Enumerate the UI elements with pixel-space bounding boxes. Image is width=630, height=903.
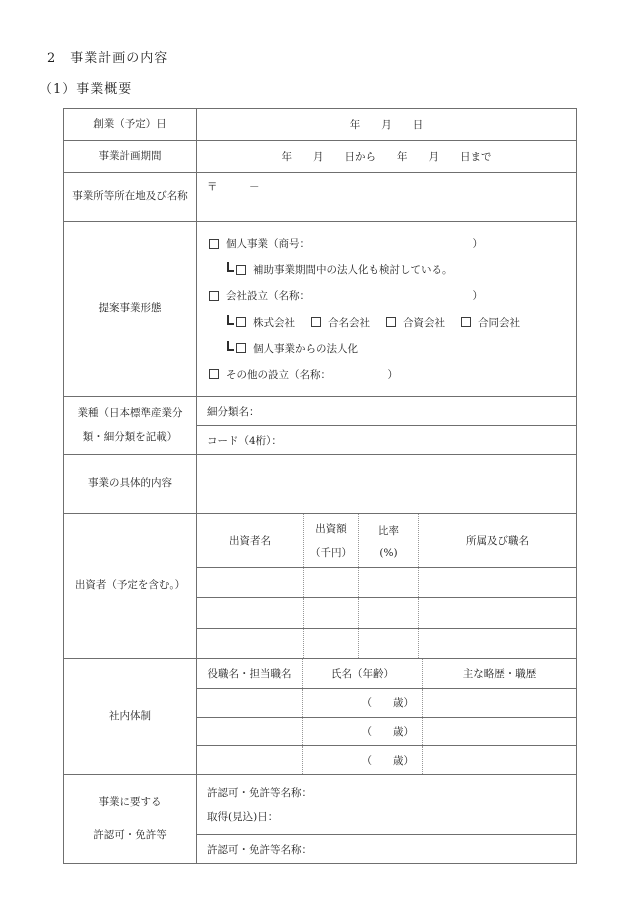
subsection-title: （1）事業概要: [39, 78, 132, 97]
row-licenses: 事業に要する 許認可・免許等 許認可・免許等名称： 取得(見込)日： 許認可・免…: [64, 774, 576, 863]
staff-age-placeholder: （ 歳）: [303, 689, 423, 717]
staff-col-history: 主な略歴・職歴: [423, 659, 576, 688]
staff-col-name: 氏名（年齢）: [303, 659, 423, 688]
office-location-value: 〒 －: [197, 173, 576, 221]
license-entry-2: 許認可・免許等名称：: [197, 834, 576, 863]
row-business-form: 提案事業形態 個人事業（商号： ） 補助事業期間中の法人化も検討している。 会社…: [64, 221, 576, 396]
industry-subclass-field: 細分類名：: [197, 397, 576, 425]
plan-period-value: 年 月 日から 年 月 日まで: [197, 141, 576, 172]
plan-period-label: 事業計画期間: [64, 141, 197, 172]
option-sole-to-corporation: 個人事業からの法人化: [197, 341, 576, 356]
licenses-label: 事業に要する 許認可・免許等: [64, 775, 197, 863]
licenses-label-line2: 許認可・免許等: [93, 828, 167, 843]
row-office-location: 事業所等所在地及び名称 〒 －: [64, 172, 576, 221]
option-sole-to-corporation-label: 個人事業からの法人化: [253, 341, 358, 356]
staff-age-placeholder: （ 歳）: [303, 746, 423, 774]
licenses-fields: 許認可・免許等名称： 取得(見込)日： 許認可・免許等名称：: [197, 775, 576, 863]
staff-header-row: 役職名・担当職名 氏名（年齢） 主な略歴・職歴: [197, 659, 576, 688]
option-other-founding-label: その他の設立（名称：: [226, 367, 331, 382]
staff-age-placeholder: （ 歳）: [303, 718, 423, 746]
branch-connector-icon: [227, 262, 234, 272]
option-company-types: 株式会社 合名会社 合資会社 合同会社: [197, 315, 576, 330]
checkbox-icon: [209, 291, 219, 301]
staff-empty-row: （ 歳）: [197, 745, 576, 774]
option-incorporation-considered: 補助事業期間中の法人化も検討している。: [197, 262, 576, 277]
investors-empty-row: [197, 597, 576, 627]
checkbox-icon: [236, 343, 246, 353]
branch-connector-icon: [227, 315, 234, 325]
business-detail-value: [197, 455, 576, 513]
option-company-founding: 会社設立（名称： ）: [197, 288, 576, 303]
industry-label: 業種（日本標準産業分 類・細分類を記載）: [64, 397, 197, 454]
investors-col-ratio-line2: (%): [379, 547, 397, 559]
investors-col-amount-line1: 出資額: [315, 521, 347, 536]
investors-col-ratio: 比率 (%): [359, 514, 419, 567]
option-goshi-label: 合資会社: [403, 315, 445, 330]
license-name-field: 許認可・免許等名称：: [207, 785, 312, 800]
business-overview-table: 創業（予定）日 年 月 日 事業計画期間 年 月 日から 年 月 日まで 事業所…: [63, 108, 577, 864]
closing-paren: ）: [473, 288, 484, 303]
option-sole-proprietor: 個人事業（商号： ）: [197, 236, 576, 251]
licenses-label-line1: 事業に要する: [99, 795, 162, 810]
checkbox-icon: [461, 317, 471, 327]
staff-col-role: 役職名・担当職名: [197, 659, 303, 688]
investors-header-row: 出資者名 出資額 （千円） 比率 (%) 所属及び職名: [197, 514, 576, 567]
investors-table: 出資者名 出資額 （千円） 比率 (%) 所属及び職名: [197, 514, 576, 658]
investors-col-ratio-line1: 比率: [378, 523, 399, 538]
internal-structure-table: 役職名・担当職名 氏名（年齢） 主な略歴・職歴 （ 歳） （ 歳）: [197, 659, 576, 774]
checkbox-icon: [209, 369, 219, 379]
industry-label-line2: 類・細分類を記載）: [83, 430, 178, 445]
founding-date-label: 創業（予定）日: [64, 109, 197, 140]
checkbox-icon: [386, 317, 396, 327]
option-incorporation-considered-label: 補助事業期間中の法人化も検討している。: [253, 262, 453, 277]
business-form-options: 個人事業（商号： ） 補助事業期間中の法人化も検討している。 会社設立（名称： …: [197, 222, 576, 396]
row-industry: 業種（日本標準産業分 類・細分類を記載） 細分類名： コード（4桁）：: [64, 396, 576, 454]
staff-empty-row: （ 歳）: [197, 717, 576, 746]
option-other-founding: その他の設立（名称： ）: [197, 367, 576, 382]
closing-paren: ）: [473, 236, 484, 251]
license-entry-1: 許認可・免許等名称： 取得(見込)日：: [197, 775, 576, 834]
row-internal-structure: 社内体制 役職名・担当職名 氏名（年齢） 主な略歴・職歴 （ 歳）: [64, 658, 576, 774]
business-form-label: 提案事業形態: [64, 222, 197, 396]
industry-fields: 細分類名： コード（4桁）：: [197, 397, 576, 454]
option-company-founding-label: 会社設立（名称：: [226, 288, 310, 303]
option-godo-label: 合同会社: [478, 315, 520, 330]
investors-label: 出資者（予定を含む。）: [64, 514, 197, 658]
row-founding-date: 創業（予定）日 年 月 日: [64, 109, 576, 140]
checkbox-icon: [236, 317, 246, 327]
row-business-detail: 事業の具体的内容: [64, 454, 576, 513]
founding-date-value: 年 月 日: [197, 109, 576, 140]
investors-empty-row: [197, 628, 576, 658]
business-detail-label: 事業の具体的内容: [64, 455, 197, 513]
office-location-label: 事業所等所在地及び名称: [64, 173, 197, 221]
investors-empty-row: [197, 567, 576, 597]
investors-col-amount: 出資額 （千円）: [304, 514, 359, 567]
option-kabushiki-label: 株式会社: [253, 315, 295, 330]
checkbox-icon: [311, 317, 321, 327]
row-plan-period: 事業計画期間 年 月 日から 年 月 日まで: [64, 140, 576, 172]
row-investors: 出資者（予定を含む。） 出資者名 出資額 （千円） 比率 (%) 所属及び職名: [64, 513, 576, 658]
license-date-field: 取得(見込)日：: [207, 809, 278, 824]
checkbox-icon: [236, 265, 246, 275]
investors-col-affiliation: 所属及び職名: [419, 514, 576, 567]
investors-col-amount-line2: （千円）: [310, 545, 352, 560]
section-title: 2 事業計画の内容: [47, 47, 168, 66]
closing-paren: ）: [388, 367, 399, 382]
document-page: 2 事業計画の内容 （1）事業概要 創業（予定）日 年 月 日 事業計画期間 年…: [0, 0, 630, 903]
option-gomei-label: 合名会社: [328, 315, 370, 330]
industry-code-field: コード（4桁）：: [197, 425, 576, 454]
investors-col-name: 出資者名: [197, 514, 304, 567]
checkbox-icon: [209, 239, 219, 249]
option-sole-proprietor-label: 個人事業（商号：: [226, 236, 310, 251]
branch-connector-icon: [227, 341, 234, 351]
internal-structure-label: 社内体制: [64, 659, 197, 774]
industry-label-line1: 業種（日本標準産業分: [78, 406, 183, 421]
staff-empty-row: （ 歳）: [197, 688, 576, 717]
